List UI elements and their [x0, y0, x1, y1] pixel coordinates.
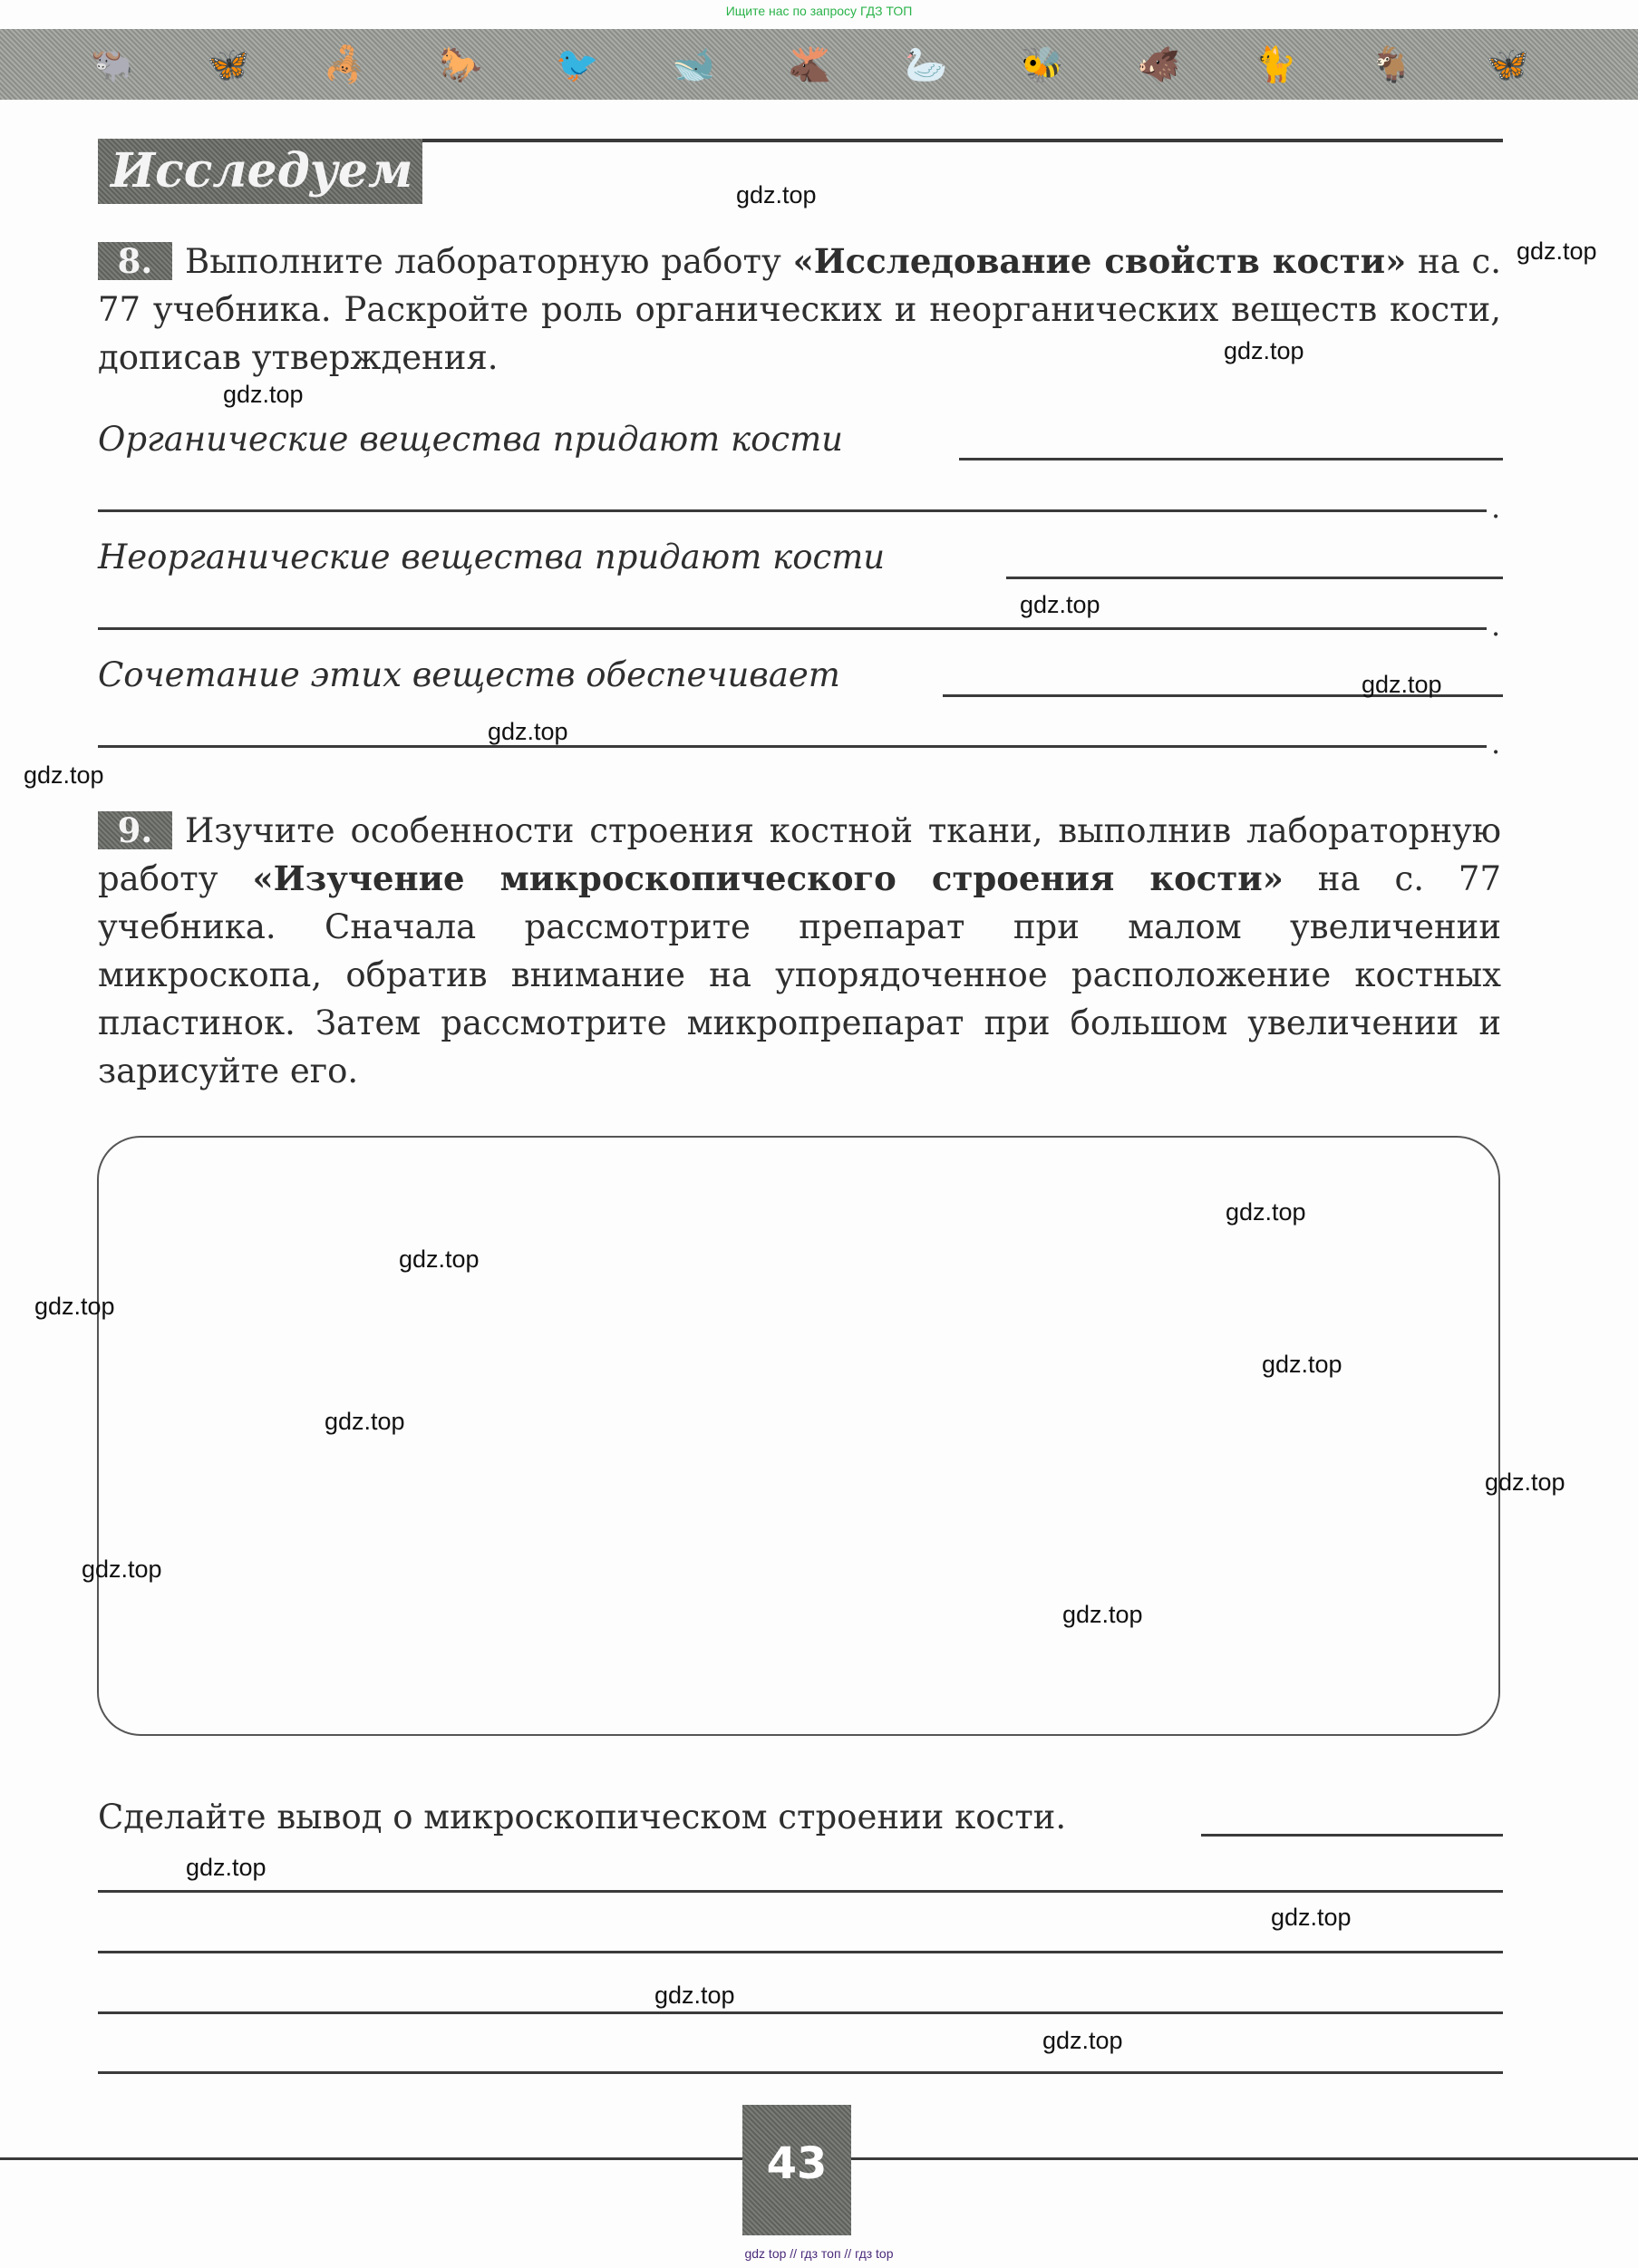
animal-silhouettes: 🐃 🦋 🦂 🐎 🐦 🐋 🫎 🦢 🐝 🐗 🐈 🐐 🦋: [91, 42, 1529, 87]
moose-icon: 🫎: [789, 42, 831, 87]
prompt-combination: Сочетание этих веществ обеспечивает: [98, 653, 840, 698]
conclusion-prompt: Сделайте вывод о микроскопическом строен…: [98, 1795, 1066, 1840]
prompt-organic: Органические вещества придают кости: [98, 417, 843, 462]
watermark: gdz.top: [399, 1245, 480, 1274]
whale-icon: 🐋: [672, 42, 714, 87]
section-title: Исследуем: [98, 139, 422, 204]
lab-title: «Исследование свойств кости»: [793, 241, 1407, 281]
butterfly-icon: 🦋: [207, 42, 249, 87]
horse-icon: 🐎: [440, 42, 482, 87]
watermark: gdz.top: [186, 1854, 267, 1882]
answer-line[interactable]: [98, 2011, 1503, 2014]
task-number: 8.: [98, 242, 172, 280]
heron-icon: 🦢: [905, 42, 947, 87]
cat-icon: 🐈: [1254, 42, 1296, 87]
boar-icon: 🐗: [1138, 42, 1180, 87]
bison-icon: 🐃: [91, 42, 133, 87]
bottom-promo-text: gdz top // гдз топ // гдз top: [0, 2246, 1638, 2261]
watermark: gdz.top: [34, 1293, 115, 1321]
watermark: gdz.top: [488, 718, 568, 746]
watermark: gdz.top: [24, 761, 104, 790]
scorpion-icon: 🦂: [324, 42, 366, 87]
watermark: gdz.top: [82, 1556, 162, 1584]
page-number: 43: [742, 2105, 851, 2235]
watermark: gdz.top: [1271, 1904, 1352, 1932]
answer-line[interactable]: [98, 1890, 1503, 1893]
period: .: [1491, 734, 1500, 752]
answer-line[interactable]: [1201, 1834, 1503, 1837]
watermark: gdz.top: [654, 1982, 735, 2010]
swallow-icon: 🐦: [556, 42, 598, 87]
answer-line[interactable]: [1006, 577, 1503, 579]
answer-line[interactable]: [959, 458, 1503, 460]
watermark: gdz.top: [1224, 337, 1304, 365]
task-9-instructions: 9.Изучите особенности строения костной т…: [98, 807, 1501, 1095]
watermark: gdz.top: [1062, 1601, 1143, 1629]
watermark: gdz.top: [1262, 1351, 1342, 1379]
insect-icon: 🐝: [1021, 42, 1063, 87]
watermark: gdz.top: [1020, 591, 1100, 619]
answer-line[interactable]: [98, 745, 1487, 748]
watermark: gdz.top: [223, 381, 304, 409]
answer-line[interactable]: [98, 1951, 1503, 1953]
task-number: 9.: [98, 811, 172, 849]
watermark: gdz.top: [1485, 1468, 1565, 1497]
watermark: gdz.top: [736, 181, 817, 209]
watermark: gdz.top: [1517, 237, 1597, 266]
watermark: gdz.top: [1362, 671, 1442, 699]
period: .: [1491, 499, 1500, 517]
period: .: [1491, 616, 1500, 635]
task-text: Выполните лабораторную работу: [185, 242, 793, 281]
answer-line[interactable]: [98, 509, 1487, 512]
top-promo-text: Ищите нас по запросу ГДЗ ТОП: [0, 4, 1638, 18]
lab-title: «Изучение микроскопического строения кос…: [253, 858, 1284, 898]
answer-line[interactable]: [98, 2071, 1503, 2074]
prompt-inorganic: Неорганические вещества придают кости: [98, 535, 885, 580]
butterfly-icon: 🦋: [1487, 42, 1529, 87]
watermark: gdz.top: [1226, 1198, 1306, 1226]
watermark: gdz.top: [325, 1408, 405, 1436]
header-banner: 🐃 🦋 🦂 🐎 🐦 🐋 🫎 🦢 🐝 🐗 🐈 🐐 🦋: [0, 29, 1638, 100]
answer-line[interactable]: [98, 627, 1487, 630]
watermark: gdz.top: [1042, 2027, 1123, 2055]
antelope-icon: 🐐: [1370, 42, 1412, 87]
